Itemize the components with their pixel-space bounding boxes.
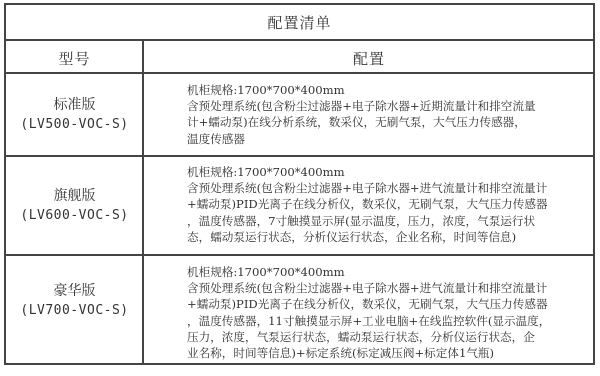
- table-title: 配置清单: [6, 5, 593, 40]
- model-code: (LV500-VOC-S): [20, 115, 128, 134]
- config-line: 态，蠕动泵运行状态，分析仪运行状态，企业名称，时间等信息): [187, 229, 587, 245]
- config-line: 机柜规格:1700*700*400mm: [187, 264, 587, 280]
- table-row-config: 机柜规格:1700*700*400mm 含预处理系统(包含粉尘过滤器+电子除水器…: [187, 264, 587, 361]
- divider: [6, 39, 593, 41]
- table-row-config: 机柜规格:1700*700*400mm 含预处理系统(包含粉尘过滤器+电子除水器…: [187, 164, 587, 245]
- model-code: (LV700-VOC-S): [20, 301, 128, 320]
- table-row-model: 豪华版 (LV700-VOC-S): [6, 256, 143, 346]
- config-line: ，温度传感器，7寸触摸显示屏(显示温度，压力，浓度，气泵运行状: [187, 213, 587, 229]
- config-line: 压力，浓度，气泵运行状态，蠕动泵运行状态，分析仪运行状态，企: [187, 329, 587, 345]
- config-line: ，温度传感器，11寸触摸显示屏+工业电脑+在线监控软件(显示温度，: [187, 313, 587, 329]
- config-line: 机柜规格:1700*700*400mm: [187, 82, 587, 98]
- config-line: 温度传感器: [187, 131, 587, 147]
- config-line: 含预处理系统(包含粉尘过滤器+电子除水器+进气流量计和排空流量计: [187, 180, 587, 196]
- model-name: 旗舰版: [54, 187, 96, 206]
- model-name: 豪华版: [54, 282, 96, 301]
- header-model: 型号: [6, 42, 143, 74]
- table-row-model: 旗舰版 (LV600-VOC-S): [6, 157, 143, 254]
- config-line: +蠕动泵)PID光离子在线分析仪，数采仪，无刷气泵，大气压力传感器: [187, 196, 587, 212]
- config-line: 含预处理系统(包含粉尘过滤器+电子除水器+进气流量计和排空流量计: [187, 280, 587, 296]
- header-config: 配置: [145, 42, 593, 74]
- config-line: +蠕动泵)PID光离子在线分析仪，数采仪，无刷气泵，大气压力传感器: [187, 296, 587, 312]
- model-code: (LV600-VOC-S): [20, 206, 128, 225]
- table-row-config: 机柜规格:1700*700*400mm 含预处理系统(包含粉尘过滤器+电子除水器…: [187, 82, 587, 147]
- config-line: 机柜规格:1700*700*400mm: [187, 164, 587, 180]
- config-line: 计+蠕动泵)在线分析系统，数采仪，无刷气泵，大气压力传感器，: [187, 114, 587, 130]
- config-line: 业名称，时间等信息)+标定系统(标定减压阀+标定体1气瓶): [187, 345, 587, 361]
- config-table: 配置清单 型号 配置 标准版 (LV500-VOC-S) 机柜规格:1700*7…: [4, 3, 595, 365]
- config-line: 含预处理系统(包含粉尘过滤器+电子除水器+近期流量计和排空流量: [187, 98, 587, 114]
- model-name: 标准版: [54, 96, 96, 115]
- table-row-model: 标准版 (LV500-VOC-S): [6, 74, 143, 155]
